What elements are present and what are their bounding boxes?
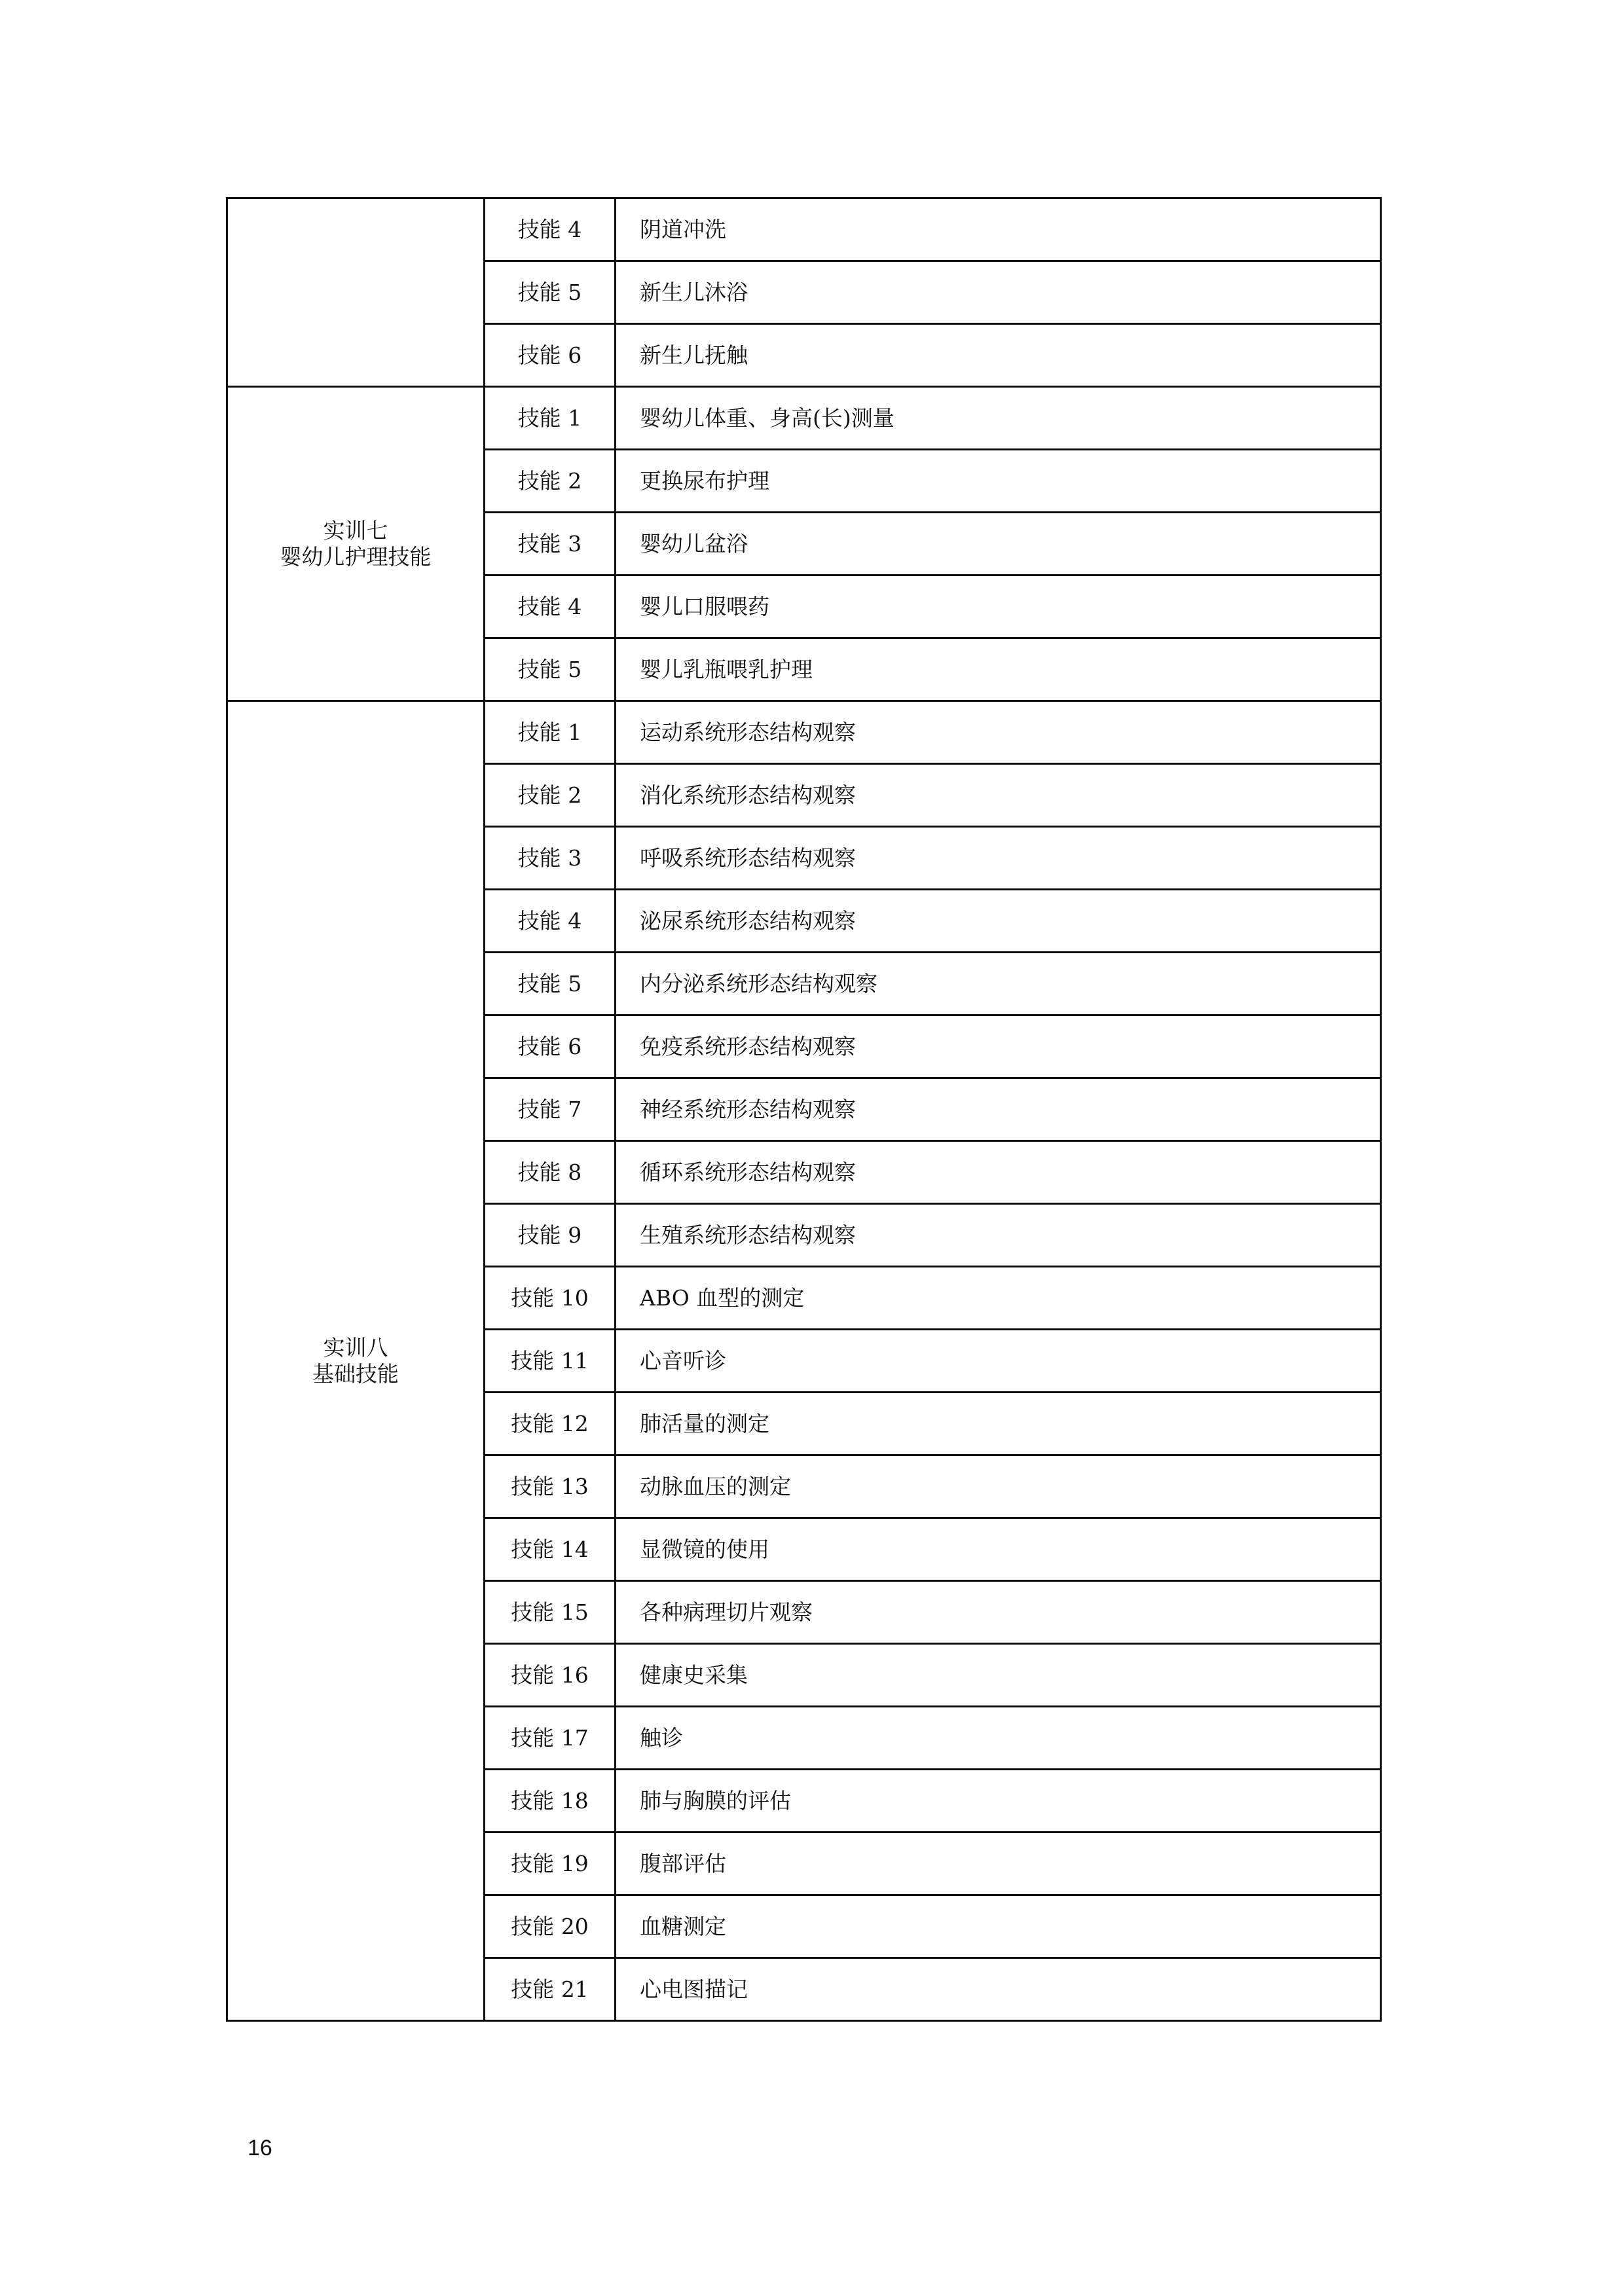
skill-name-cell: 肺与胸膜的评估	[616, 1770, 1381, 1832]
skill-number-cell: 技能 3	[485, 513, 616, 575]
table-row: 实训七婴幼儿护理技能技能 1婴幼儿体重、身高(长)测量	[227, 387, 1381, 450]
skill-number-cell: 技能 17	[485, 1707, 616, 1770]
skill-name-cell: 免疫系统形态结构观察	[616, 1015, 1381, 1078]
skill-number-cell: 技能 2	[485, 764, 616, 827]
skill-number-cell: 技能 5	[485, 261, 616, 324]
skill-name-cell: 泌尿系统形态结构观察	[616, 890, 1381, 953]
skill-name-cell: 新生儿抚触	[616, 324, 1381, 387]
skill-number-cell: 技能 3	[485, 827, 616, 890]
skill-number-cell: 技能 5	[485, 638, 616, 701]
skill-number-cell: 技能 2	[485, 450, 616, 513]
training-group-cell: 实训八基础技能	[227, 701, 485, 2021]
skill-name-cell: 血糖测定	[616, 1895, 1381, 1958]
training-title: 实训八	[228, 1335, 483, 1361]
skill-number-cell: 技能 11	[485, 1330, 616, 1393]
skill-name-cell: 心音听诊	[616, 1330, 1381, 1393]
training-title: 实训七	[228, 518, 483, 544]
skill-name-cell: 生殖系统形态结构观察	[616, 1204, 1381, 1267]
skill-number-cell: 技能 14	[485, 1518, 616, 1581]
skill-number-cell: 技能 21	[485, 1958, 616, 2021]
skill-name-cell: 健康史采集	[616, 1644, 1381, 1707]
skill-name-cell: 内分泌系统形态结构观察	[616, 953, 1381, 1015]
skill-name-cell: 神经系统形态结构观察	[616, 1078, 1381, 1141]
skill-number-cell: 技能 13	[485, 1455, 616, 1518]
skill-name-cell: 各种病理切片观察	[616, 1581, 1381, 1644]
training-group-cell: 实训七婴幼儿护理技能	[227, 387, 485, 701]
skill-name-cell: 运动系统形态结构观察	[616, 701, 1381, 764]
skill-name-cell: 新生儿沐浴	[616, 261, 1381, 324]
skill-number-cell: 技能 20	[485, 1895, 616, 1958]
skill-name-cell: 消化系统形态结构观察	[616, 764, 1381, 827]
training-subtitle: 基础技能	[228, 1361, 483, 1387]
skill-number-cell: 技能 18	[485, 1770, 616, 1832]
skill-number-cell: 技能 8	[485, 1141, 616, 1204]
skill-name-cell: 婴幼儿体重、身高(长)测量	[616, 387, 1381, 450]
skill-name-cell: 显微镜的使用	[616, 1518, 1381, 1581]
skills-table: 技能 4阴道冲洗技能 5新生儿沐浴技能 6新生儿抚触实训七婴幼儿护理技能技能 1…	[226, 197, 1382, 2022]
table-row: 技能 4阴道冲洗	[227, 198, 1381, 261]
skill-number-cell: 技能 1	[485, 387, 616, 450]
skill-number-cell: 技能 15	[485, 1581, 616, 1644]
skill-number-cell: 技能 1	[485, 701, 616, 764]
skill-number-cell: 技能 16	[485, 1644, 616, 1707]
skill-name-cell: 婴儿乳瓶喂乳护理	[616, 638, 1381, 701]
skill-name-cell: 心电图描记	[616, 1958, 1381, 2021]
skill-name-cell: 肺活量的测定	[616, 1393, 1381, 1455]
skills-table-body: 技能 4阴道冲洗技能 5新生儿沐浴技能 6新生儿抚触实训七婴幼儿护理技能技能 1…	[227, 198, 1381, 2021]
skill-number-cell: 技能 9	[485, 1204, 616, 1267]
skill-name-cell: 阴道冲洗	[616, 198, 1381, 261]
skill-name-cell: 循环系统形态结构观察	[616, 1141, 1381, 1204]
skill-number-cell: 技能 4	[485, 198, 616, 261]
skill-name-cell: 呼吸系统形态结构观察	[616, 827, 1381, 890]
training-subtitle: 婴幼儿护理技能	[228, 544, 483, 570]
table-row: 实训八基础技能技能 1运动系统形态结构观察	[227, 701, 1381, 764]
skill-number-cell: 技能 7	[485, 1078, 616, 1141]
skill-number-cell: 技能 6	[485, 1015, 616, 1078]
skill-name-cell: 婴儿口服喂药	[616, 575, 1381, 638]
skill-name-cell: ABO 血型的测定	[616, 1267, 1381, 1330]
skill-number-cell: 技能 4	[485, 575, 616, 638]
skill-number-cell: 技能 6	[485, 324, 616, 387]
skill-name-cell: 更换尿布护理	[616, 450, 1381, 513]
skill-number-cell: 技能 12	[485, 1393, 616, 1455]
skill-number-cell: 技能 5	[485, 953, 616, 1015]
skill-name-cell: 动脉血压的测定	[616, 1455, 1381, 1518]
skill-name-cell: 触诊	[616, 1707, 1381, 1770]
skill-number-cell: 技能 4	[485, 890, 616, 953]
skill-name-cell: 腹部评估	[616, 1832, 1381, 1895]
training-group-cell	[227, 198, 485, 387]
skill-name-cell: 婴幼儿盆浴	[616, 513, 1381, 575]
skill-number-cell: 技能 10	[485, 1267, 616, 1330]
skill-number-cell: 技能 19	[485, 1832, 616, 1895]
page-number: 16	[248, 2136, 272, 2161]
